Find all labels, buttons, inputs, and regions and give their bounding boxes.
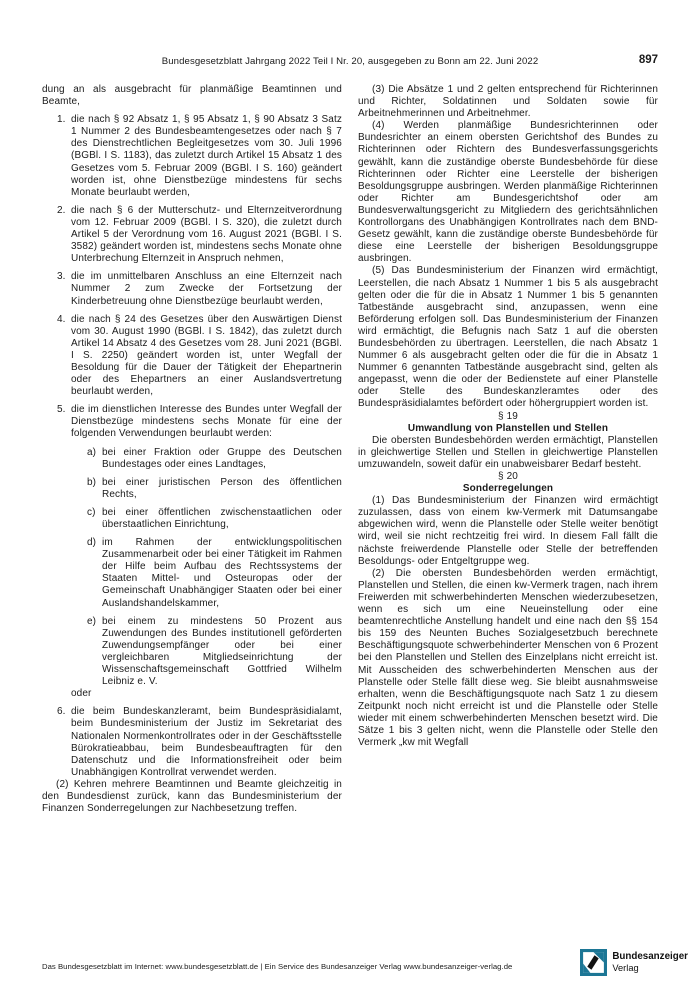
logo-subtitle: Verlag	[612, 963, 688, 974]
header-title: Bundesgesetzblatt Jahrgang 2022 Teil I N…	[42, 56, 658, 67]
list-text: die beim Bundeskanzleramt, beim Bundespr…	[71, 706, 342, 779]
paragraph-absatz-2-right: (2) Die obersten Bundesbehörden werden e…	[358, 568, 658, 749]
list-item-5: 5. die im dienstlichen Interesse des Bun…	[57, 404, 342, 700]
sub-list-letter: d)	[87, 537, 102, 610]
list-number: 3.	[57, 271, 71, 307]
paragraph-absatz-1: (1) Das Bundesministerium der Finanzen w…	[358, 495, 658, 568]
page-number: 897	[639, 54, 658, 66]
paragraph-absatz-4: (4) Werden planmäßige Bundesrichterinnen…	[358, 120, 658, 265]
footer-text: Das Bundesgesetzblatt im Internet: www.b…	[42, 962, 512, 971]
paragraph-absatz-2: (2) Kehren mehrere Beamtinnen und Beamte…	[42, 779, 342, 815]
list-number: 5.	[57, 404, 71, 700]
paragraph-absatz-5: (5) Das Bundesministerium der Finanzen w…	[358, 265, 658, 410]
section-number-20: § 20	[358, 471, 658, 483]
list-item-4: 4. die nach § 24 des Gesetzes über den A…	[57, 314, 342, 399]
paragraph-absatz-3: (3) Die Absätze 1 und 2 gelten entsprech…	[358, 84, 658, 120]
bundesanzeiger-logo: Bundesanzeiger Verlag	[580, 949, 688, 976]
sub-list-item-c: c) bei einer öffentlichen zwischenstaatl…	[87, 507, 342, 531]
logo-name: Bundesanzeiger	[612, 952, 688, 963]
section-heading-20: Sonderregelungen	[358, 483, 658, 495]
list-text: die nach § 24 des Gesetzes über den Ausw…	[71, 314, 342, 399]
sub-list-text: bei einer Fraktion oder Gruppe des Deuts…	[102, 447, 342, 471]
list-item-3: 3. die im unmittelbaren Anschluss an ein…	[57, 271, 342, 307]
list-text: die im dienstlichen Interesse des Bundes…	[71, 404, 342, 440]
section-heading-19: Umwandlung von Planstellen und Stellen	[358, 423, 658, 435]
continuation-paragraph: dung an als ausgebracht für planmäßige B…	[42, 84, 342, 108]
sub-list-item-a: a) bei einer Fraktion oder Gruppe des De…	[87, 447, 342, 471]
sub-list-text: bei einer juristischen Person des öffent…	[102, 477, 342, 501]
list-text: die nach § 92 Absatz 1, § 95 Absatz 1, §…	[71, 114, 342, 199]
document-body: dung an als ausgebracht für planmäßige B…	[42, 84, 658, 815]
sub-list-text: im Rahmen der entwicklungspolitischen Zu…	[102, 537, 342, 610]
sub-list-item-b: b) bei einer juristischen Person des öff…	[87, 477, 342, 501]
bundesanzeiger-logo-icon	[580, 949, 607, 976]
logo-text: Bundesanzeiger Verlag	[612, 952, 688, 973]
sub-list-item-e: e) bei einem zu mindestens 50 Prozent au…	[87, 616, 342, 689]
sub-list-letter: b)	[87, 477, 102, 501]
section-number-19: § 19	[358, 411, 658, 423]
document-page: Bundesgesetzblatt Jahrgang 2022 Teil I N…	[0, 0, 700, 990]
sub-list-text: bei einer öffentlichen zwischenstaatlich…	[102, 507, 342, 531]
list-item-5-body: die im dienstlichen Interesse des Bundes…	[71, 404, 342, 700]
right-column: (3) Die Absätze 1 und 2 gelten entsprech…	[358, 84, 658, 815]
list-number: 6.	[57, 706, 71, 779]
page-footer: Das Bundesgesetzblatt im Internet: www.b…	[42, 948, 690, 986]
list-item-1: 1. die nach § 92 Absatz 1, § 95 Absatz 1…	[57, 114, 342, 199]
list-number: 4.	[57, 314, 71, 399]
list-text: die nach § 6 der Mutterschutz- und Elter…	[71, 205, 342, 265]
sub-list-letter: a)	[87, 447, 102, 471]
sub-list-letter: c)	[87, 507, 102, 531]
page-header: Bundesgesetzblatt Jahrgang 2022 Teil I N…	[42, 56, 658, 72]
sub-list-text: bei einem zu mindestens 50 Prozent aus Z…	[102, 616, 342, 689]
list-text: die im unmittelbaren Anschluss an eine E…	[71, 271, 342, 307]
connector-text: oder	[71, 688, 342, 700]
sub-list-item-d: d) im Rahmen der entwicklungspolitischen…	[87, 537, 342, 610]
list-item-6: 6. die beim Bundeskanzleramt, beim Bunde…	[57, 706, 342, 779]
sub-list-letter: e)	[87, 616, 102, 689]
list-number: 1.	[57, 114, 71, 199]
left-column: dung an als ausgebracht für planmäßige B…	[42, 84, 342, 815]
list-item-2: 2. die nach § 6 der Mutterschutz- und El…	[57, 205, 342, 265]
list-number: 2.	[57, 205, 71, 265]
section-19-body: Die obersten Bundesbehörden werden ermäc…	[358, 435, 658, 471]
